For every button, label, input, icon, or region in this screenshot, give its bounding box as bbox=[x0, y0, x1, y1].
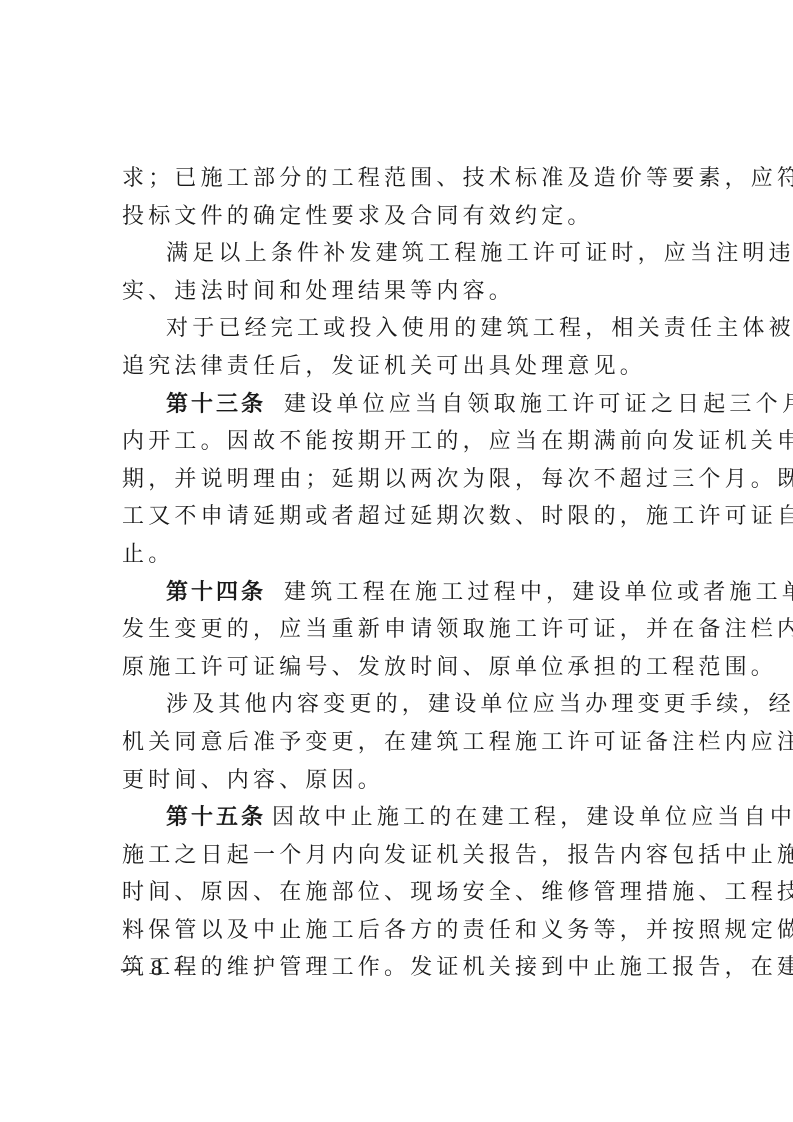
article-15-text: 因故中止施工的在建工程，建设单位应当自中止 bbox=[272, 805, 793, 830]
document-body: 求；已施工部分的工程范围、技术标准及造价等要素，应符合招 投标文件的确定性要求及… bbox=[122, 160, 674, 987]
article-14-first-line: 第十四条建筑工程在施工过程中，建设单位或者施工单位 bbox=[122, 574, 674, 612]
text-line: 施工之日起一个月内向发证机关报告，报告内容包括中止施工的 bbox=[122, 837, 674, 875]
article-15-heading: 第十五条 bbox=[166, 805, 266, 830]
paragraph-start-line: 满足以上条件补发建筑工程施工许可证时，应当注明违法事 bbox=[122, 235, 674, 273]
text-line: 追究法律责任后，发证机关可出具处理意见。 bbox=[122, 348, 674, 386]
text-line: 原施工许可证编号、发放时间、原单位承担的工程范围。 bbox=[122, 649, 674, 687]
article-14-heading: 第十四条 bbox=[166, 580, 266, 605]
text-line: 内开工。因故不能按期开工的，应当在期满前向发证机关申请延 bbox=[122, 423, 674, 461]
text-line: 料保管以及中止施工后各方的责任和义务等，并按照规定做好建 bbox=[122, 912, 674, 950]
page-number: — 8 — bbox=[120, 956, 195, 980]
text-line: 机关同意后准予变更，在建筑工程施工许可证备注栏内应注明变 bbox=[122, 724, 674, 762]
article-13-text: 建设单位应当自领取施工许可证之日起三个月 bbox=[284, 392, 793, 417]
paragraph-start-line: 涉及其他内容变更的，建设单位应当办理变更手续，经发证 bbox=[122, 686, 674, 724]
article-14-text: 建筑工程在施工过程中，建设单位或者施工单位 bbox=[284, 580, 793, 605]
text-line: 筑工程的维护管理工作。发证机关接到中止施工报告，在建筑工 bbox=[122, 949, 674, 987]
text-line: 投标文件的确定性要求及合同有效约定。 bbox=[122, 198, 674, 236]
text-line: 求；已施工部分的工程范围、技术标准及造价等要素，应符合招 bbox=[122, 160, 674, 198]
text-line: 工又不申请延期或者超过延期次数、时限的，施工许可证自行废 bbox=[122, 498, 674, 536]
article-13-heading: 第十三条 bbox=[166, 392, 266, 417]
text-line: 实、违法时间和处理结果等内容。 bbox=[122, 273, 674, 311]
text-line: 发生变更的，应当重新申请领取施工许可证，并在备注栏内注明 bbox=[122, 611, 674, 649]
text-line: 时间、原因、在施部位、现场安全、维修管理措施、工程技术资 bbox=[122, 874, 674, 912]
article-15-first-line: 第十五条因故中止施工的在建工程，建设单位应当自中止 bbox=[122, 799, 674, 837]
article-13-first-line: 第十三条建设单位应当自领取施工许可证之日起三个月 bbox=[122, 386, 674, 424]
text-line: 止。 bbox=[122, 536, 674, 574]
paragraph-start-line: 对于已经完工或投入使用的建筑工程，相关责任主体被依法 bbox=[122, 310, 674, 348]
text-line: 期，并说明理由；延期以两次为限，每次不超过三个月。既不开 bbox=[122, 461, 674, 499]
text-line: 更时间、内容、原因。 bbox=[122, 762, 674, 800]
